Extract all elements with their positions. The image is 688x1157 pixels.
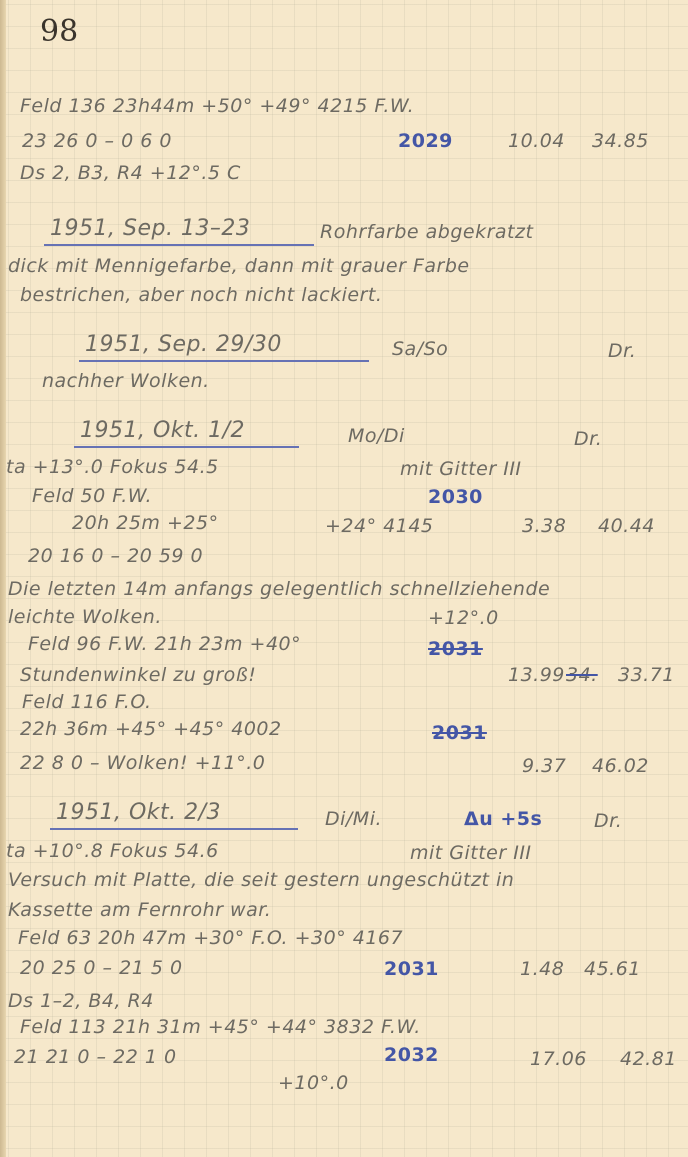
struck-plate-number: 2031 [432,722,487,744]
measurement-value: 45.61 [584,958,641,980]
log-line: ta +10°.8 Fokus 54.6 [6,840,219,862]
measurement-value: 9.37 [522,755,566,777]
log-line: Dr. [574,428,602,450]
heading-underline [50,828,298,830]
log-line: Versuch mit Platte, die seit gestern ung… [8,869,514,891]
log-line: Feld 50 F.W. [32,485,152,507]
log-line: +24° 4145 [325,515,434,537]
measurement-value: 33.71 [618,664,675,686]
log-line: 20 25 0 – 21 5 0 [20,957,183,979]
page-number: 98 [40,14,78,49]
clock-correction-note: Δu +5s [464,808,542,830]
log-line: Ds 1–2, B4, R4 [8,990,154,1012]
log-line: nachher Wolken. [42,370,210,392]
heading-underline [44,244,314,246]
entry-date-heading: 1951, Sep. 29/30 [85,332,282,357]
heading-underline [74,446,299,448]
log-line: Sa/So [392,338,448,360]
struck-plate-number: 2031 [428,638,483,660]
measurement-value: 3.38 [522,515,566,537]
log-line: mit Gitter III [410,842,532,864]
log-line: 21 21 0 – 22 1 0 [14,1046,177,1068]
plate-number: 2030 [428,486,483,508]
measurement-value: 10.04 [508,130,565,152]
log-line: +10°.0 [278,1072,349,1094]
heading-underline [79,360,369,362]
measurement-value: 1.48 [520,958,564,980]
plate-number: 2031 [384,958,439,980]
log-line: bestrichen, aber noch nicht lackiert. [20,284,382,306]
log-line: Mo/Di [348,425,405,447]
measurement-value: 34.85 [592,130,649,152]
log-line: Feld 116 F.O. [22,691,152,713]
log-line: 20h 25m +25° [72,512,219,534]
plate-number: 2029 [398,130,453,152]
log-line: Feld 96 F.W. 21h 23m +40° [28,633,301,655]
entry-date-heading: 1951, Sep. 13–23 [50,216,250,241]
log-line: Dr. [594,810,622,832]
log-line: mit Gitter III [400,458,522,480]
log-line: dick mit Mennigefarbe, dann mit grauer F… [8,255,470,277]
log-line: 22h 36m +45° +45° 4002 [20,718,282,740]
entry-date-heading: 1951, Okt. 1/2 [80,418,245,443]
log-line: Dr. [608,340,636,362]
measurement-value: 40.44 [598,515,655,537]
log-line: 22 8 0 – Wolken! +11°.0 [20,752,265,774]
log-line: Di/Mi. [325,808,382,830]
log-line: Stundenwinkel zu groß! [20,664,256,686]
struck-value: 34. [566,664,598,686]
entry-date-heading: 1951, Okt. 2/3 [56,800,221,825]
log-line: Die letzten 14m anfangs gelegentlich sch… [8,578,550,600]
measurement-value: 17.06 [530,1048,587,1070]
log-line: 20 16 0 – 20 59 0 [28,545,203,567]
log-line: Ds 2, B3, R4 +12°.5 C [20,162,241,184]
log-line: Feld 63 20h 47m +30° F.O. +30° 4167 [18,927,403,949]
log-line: Feld 136 23h44m +50° +49° 4215 F.W. [20,95,414,117]
measurement-value: 13.99 [508,664,565,686]
log-line: 23 26 0 – 0 6 0 [22,130,172,152]
measurement-value: 42.81 [620,1048,677,1070]
measurement-value: 46.02 [592,755,649,777]
log-line: +12°.0 [428,607,499,629]
plate-number: 2032 [384,1044,439,1066]
log-line: ta +13°.0 Fokus 54.5 [6,456,219,478]
log-line: leichte Wolken. [8,606,162,628]
page-binding-edge [0,0,6,1157]
log-line: Kassette am Fernrohr war. [8,899,271,921]
log-line: Rohrfarbe abgekratzt [320,221,533,243]
log-line: Feld 113 21h 31m +45° +44° 3832 F.W. [20,1016,421,1038]
